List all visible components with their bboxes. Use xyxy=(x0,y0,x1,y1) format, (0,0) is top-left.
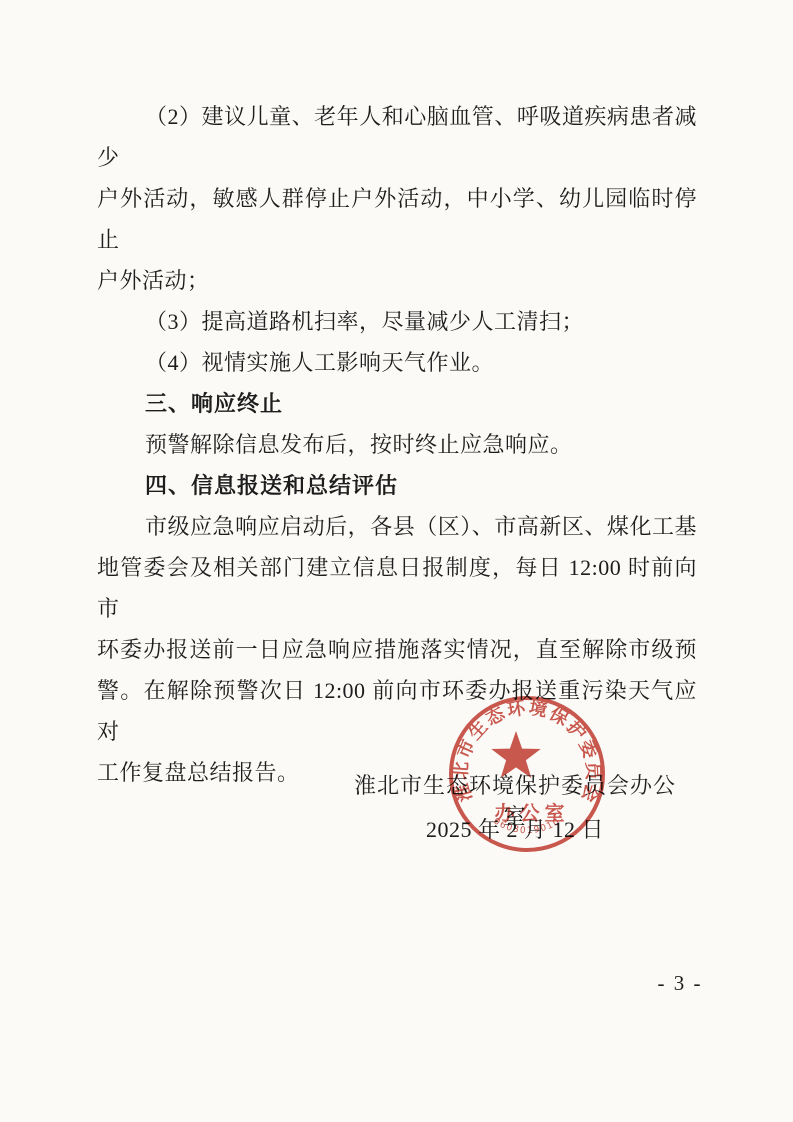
text-line: （2）建议儿童、老年人和心脑血管、呼吸道疾病患者减少 xyxy=(97,96,697,178)
text-line: 预警解除信息发布后，按时终止应急响应。 xyxy=(97,424,697,465)
document-page: （2）建议儿童、老年人和心脑血管、呼吸道疾病患者减少户外活动，敏感人群停止户外活… xyxy=(0,0,793,1122)
section-heading: 四、信息报送和总结评估 xyxy=(97,465,697,506)
text-line: （4）视情实施人工影响天气作业。 xyxy=(97,342,697,383)
text-line: （3）提高道路机扫率，尽量减少人工清扫； xyxy=(97,301,697,342)
text-line: 环委办报送前一日应急响应措施落实情况，直至解除市级预 xyxy=(97,629,697,670)
text-line: 户外活动； xyxy=(97,260,697,301)
section-heading: 三、响应终止 xyxy=(97,383,697,424)
text-line: 地管委会及相关部门建立信息日报制度，每日 12:00 时前向市 xyxy=(97,547,697,629)
text-line: 市级应急响应启动后，各县（区）、市高新区、煤化工基 xyxy=(97,506,697,547)
page-number: - 3 - xyxy=(630,971,730,996)
text-line: 户外活动，敏感人群停止户外活动，中小学、幼儿园临时停止 xyxy=(97,178,697,260)
seal-star-icon xyxy=(491,731,540,778)
official-seal-stamp: 淮北市生态环境保护委员会 办公室 0603019010 xyxy=(443,694,611,862)
document-body: （2）建议儿童、老年人和心脑血管、呼吸道疾病患者减少户外活动，敏感人群停止户外活… xyxy=(97,96,697,793)
